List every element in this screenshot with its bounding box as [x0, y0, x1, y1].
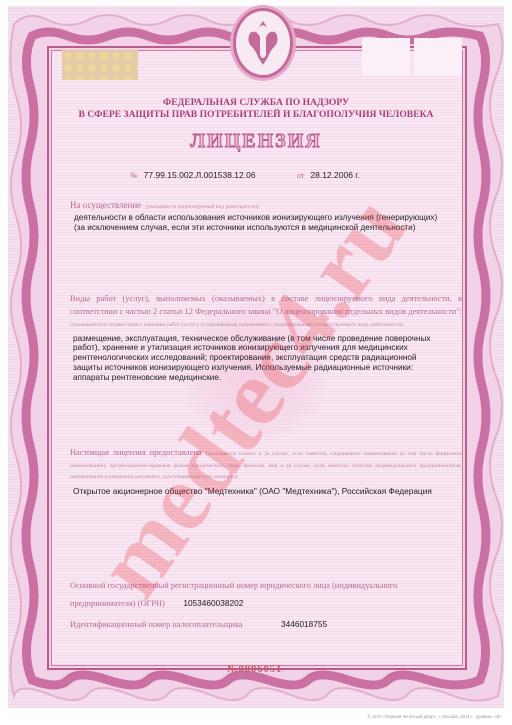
hologram-sticker-icon — [62, 50, 138, 80]
inn-section: Идентификационный номер налогоплательщик… — [70, 614, 462, 632]
activity-section: На осуществление (указывается лицензируе… — [70, 195, 462, 233]
works-label: Виды работ (услуг), выполняемых (оказыва… — [70, 293, 462, 332]
works-value: размещение, эксплуатация, техническое об… — [70, 334, 462, 383]
ogrn-value: 1053460038202 — [183, 598, 243, 608]
license-date: от28.12.2006 г. — [297, 170, 360, 180]
ogrn-section: Основной государственный регистрационный… — [70, 575, 462, 611]
double-headed-eagle-emblem-icon — [233, 8, 293, 78]
agency-name: ФЕДЕРАЛЬНАЯ СЛУЖБА ПО НАДЗОРУ В СФЕРЕ ЗА… — [40, 97, 472, 121]
activity-label: На осуществление — [70, 200, 141, 210]
stamp-box — [414, 38, 462, 76]
document-title: ЛИЦЕНЗИЯ — [40, 130, 472, 153]
inn-label: Идентификационный номер налогоплательщик… — [70, 620, 243, 629]
works-note: (указываются в соответствии с перечнем р… — [70, 322, 403, 328]
activity-value: деятельности в области использования ист… — [70, 213, 462, 233]
inn-value: 3446018755 — [281, 619, 327, 629]
activity-note: (указывается лицензируемый вид деятельно… — [146, 204, 259, 210]
holder-section: Настоящая лицензия предоставлена (указыв… — [70, 448, 462, 496]
license-number: №77.99.15.002.Л.001538.12.06 — [130, 170, 256, 180]
stamp-box — [362, 38, 410, 76]
printer-note: © ЗАО «Первый печатный двор», г. Москва,… — [368, 714, 503, 719]
works-section: Виды работ (услуг), выполняемых (оказыва… — [70, 293, 462, 382]
holder-label: Настоящая лицензия предоставлена (указыв… — [70, 448, 462, 483]
form-serial-number: №0006051 — [227, 664, 282, 675]
holder-value: Открытое акционерное общество "Медтехник… — [70, 486, 462, 496]
stamp-area — [362, 38, 462, 76]
